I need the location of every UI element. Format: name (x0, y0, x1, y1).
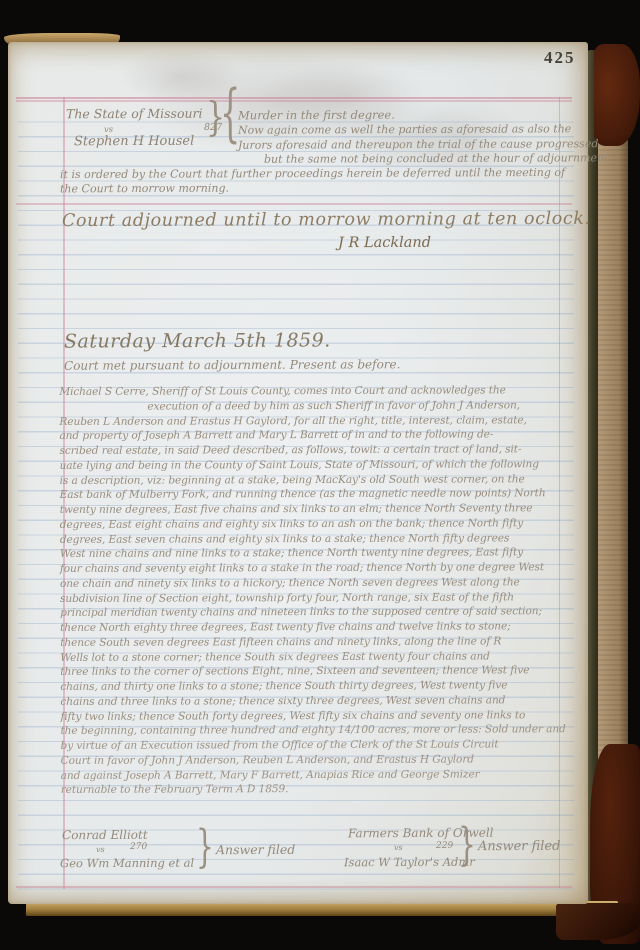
binding-bottom-corner (556, 903, 640, 940)
docket-status: Answer filed (478, 839, 561, 854)
docket-brace: } (196, 820, 214, 873)
entry-line: but the same not being concluded at the … (264, 151, 609, 166)
section-rule-line (16, 203, 572, 205)
record-line: the beginning, containing three hundred … (60, 722, 586, 739)
case-party-defendant: Stephen H Housel (74, 134, 194, 150)
binding-leather-top (594, 44, 640, 146)
adjournment-line: Court adjourned until to morrow morning … (62, 209, 591, 231)
record-line: one chain and ninety six links to a hick… (60, 575, 586, 592)
docket-defendant: Isaac W Taylor's Admr (344, 855, 475, 870)
record-line: three links to the corner of sections Ei… (60, 663, 586, 680)
ledger-page: 425 The State of Missouri vs Stephen H H… (8, 42, 588, 904)
head-rule-line (16, 100, 572, 102)
docket-vs-label: vs (394, 843, 403, 852)
judge-signature: J R Lackland (338, 235, 431, 251)
deed-record: Michael S Cerre, Sheriff of St Louis Cou… (59, 383, 586, 798)
page-number: 425 (544, 48, 576, 68)
docket-status: Answer filed (216, 842, 295, 857)
order-line: it is ordered by the Court that further … (60, 166, 565, 181)
docket-defendant: Geo Wm Manning et al (60, 856, 194, 871)
case-party-plaintiff: The State of Missouri (66, 106, 203, 122)
entry-line: Jurors aforesaid and thereupon the trial… (238, 137, 598, 152)
head-rule-line (16, 97, 572, 99)
binding-cloth (598, 134, 628, 770)
case-charge: Murder in the first degree. (238, 108, 395, 123)
record-line: degrees, East eight chains and eighty si… (60, 516, 586, 533)
record-line: returnable to the February Term A D 1859… (61, 781, 587, 798)
record-line: thence North eighty three degrees, East … (60, 619, 586, 636)
record-line: chains, and thirty one links to a stone;… (60, 678, 586, 695)
session-date-heading: Saturday March 5th 1859. (64, 329, 331, 352)
record-line: scribed real estate, in said Deed descri… (59, 442, 585, 459)
ledger-photo: 425 The State of Missouri vs Stephen H H… (0, 0, 640, 950)
foot-rule-line (16, 886, 572, 888)
docket-case-number: 270 (130, 842, 147, 852)
record-line: execution of a deed by him as such Sheri… (59, 398, 585, 415)
docket-brace: } (458, 818, 476, 871)
entry-line: Now again come as well the parties as af… (238, 122, 571, 136)
record-line: Reuben L Anderson and Erastus H Gaylord,… (59, 413, 585, 430)
docket-plaintiff: Conrad Elliott (62, 828, 148, 842)
order-line: the Court to morrow morning. (60, 182, 229, 196)
record-line: uate lying and being in the County of Sa… (60, 457, 586, 474)
record-line: twenty nine degrees, East five chains an… (60, 501, 586, 518)
docket-case-number: 229 (436, 841, 453, 851)
docket-vs-label: vs (96, 845, 105, 854)
session-opening-line: Court met pursuant to adjournment. Prese… (64, 357, 401, 372)
record-line: four chains and seventy eight links to a… (60, 560, 586, 577)
